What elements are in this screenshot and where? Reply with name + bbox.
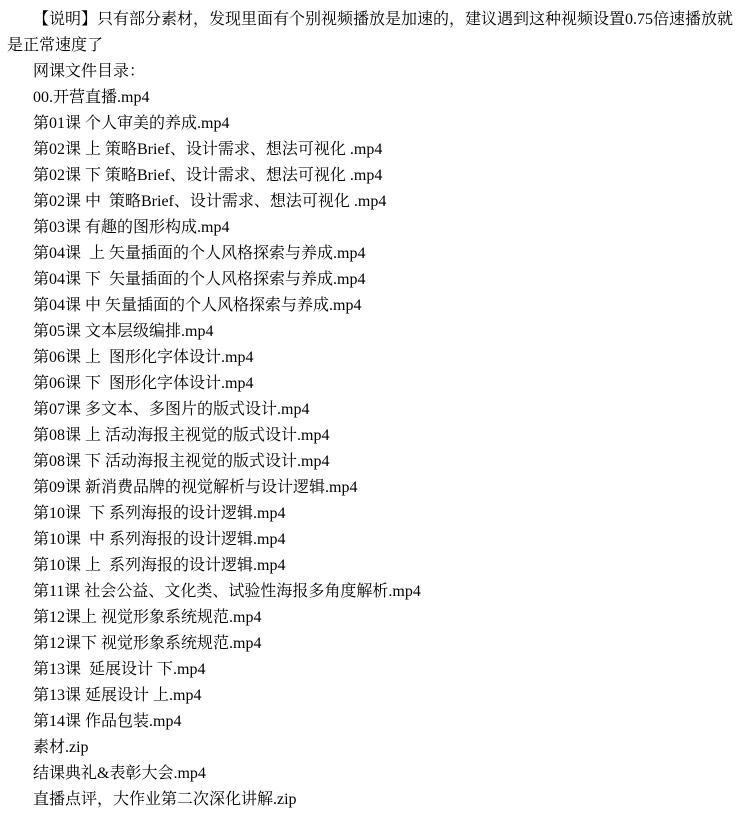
file-list-item: 第08课 下 活动海报主视觉的版式设计.mp4 [7,449,742,475]
file-list-item: 第13课 延展设计 上.mp4 [7,683,742,709]
file-list-item: 第06课 下 图形化字体设计.mp4 [7,371,742,397]
directory-heading: 网课文件目录： [7,59,742,85]
file-list-item: 第02课 下 策略Brief、设计需求、想法可视化 .mp4 [7,163,742,189]
file-list-item: 第08课 上 活动海报主视觉的版式设计.mp4 [7,423,742,449]
file-list-item: 第09课 新消费品牌的视觉解析与设计逻辑.mp4 [7,475,742,501]
file-list-item: 第10课 下 系列海报的设计逻辑.mp4 [7,501,742,527]
file-list-item: 第10课 中 系列海报的设计逻辑.mp4 [7,527,742,553]
file-list-item: 结课典礼&表彰大会.mp4 [7,761,742,787]
file-list: 00.开营直播.mp4第01课 个人审美的养成.mp4第02课 上 策略Brie… [7,85,742,813]
file-list-item: 第02课 上 策略Brief、设计需求、想法可视化 .mp4 [7,137,742,163]
file-list-item: 第12课下 视觉形象系统规范.mp4 [7,631,742,657]
file-list-item: 第06课 上 图形化字体设计.mp4 [7,345,742,371]
file-list-item: 素材.zip [7,735,742,761]
file-list-item: 第14课 作品包装.mp4 [7,709,742,735]
file-list-item: 第04课 上 矢量插面的个人风格探索与养成.mp4 [7,241,742,267]
file-list-item: 第05课 文本层级编排.mp4 [7,319,742,345]
file-list-item: 第03课 有趣的图形构成.mp4 [7,215,742,241]
file-list-item: 第12课上 视觉形象系统规范.mp4 [7,605,742,631]
file-list-item: 第04课 中 矢量插面的个人风格探索与养成.mp4 [7,293,742,319]
note-paragraph: 【说明】只有部分素材，发现里面有个别视频播放是加速的，建议遇到这种视频设置0.7… [7,7,742,59]
file-list-item: 第07课 多文本、多图片的版式设计.mp4 [7,397,742,423]
file-list-item: 直播点评，大作业第二次深化讲解.zip [7,787,742,813]
file-list-item: 第01课 个人审美的养成.mp4 [7,111,742,137]
file-list-item: 第13课 延展设计 下.mp4 [7,657,742,683]
file-list-item: 00.开营直播.mp4 [7,85,742,111]
file-list-item: 第04课 下 矢量插面的个人风格探索与养成.mp4 [7,267,742,293]
file-list-item: 第10课 上 系列海报的设计逻辑.mp4 [7,553,742,579]
file-list-item: 第02课 中 策略Brief、设计需求、想法可视化 .mp4 [7,189,742,215]
document-body: 【说明】只有部分素材，发现里面有个别视频播放是加速的，建议遇到这种视频设置0.7… [0,0,750,813]
file-list-item: 第11课 社会公益、文化类、试验性海报多角度解析.mp4 [7,579,742,605]
